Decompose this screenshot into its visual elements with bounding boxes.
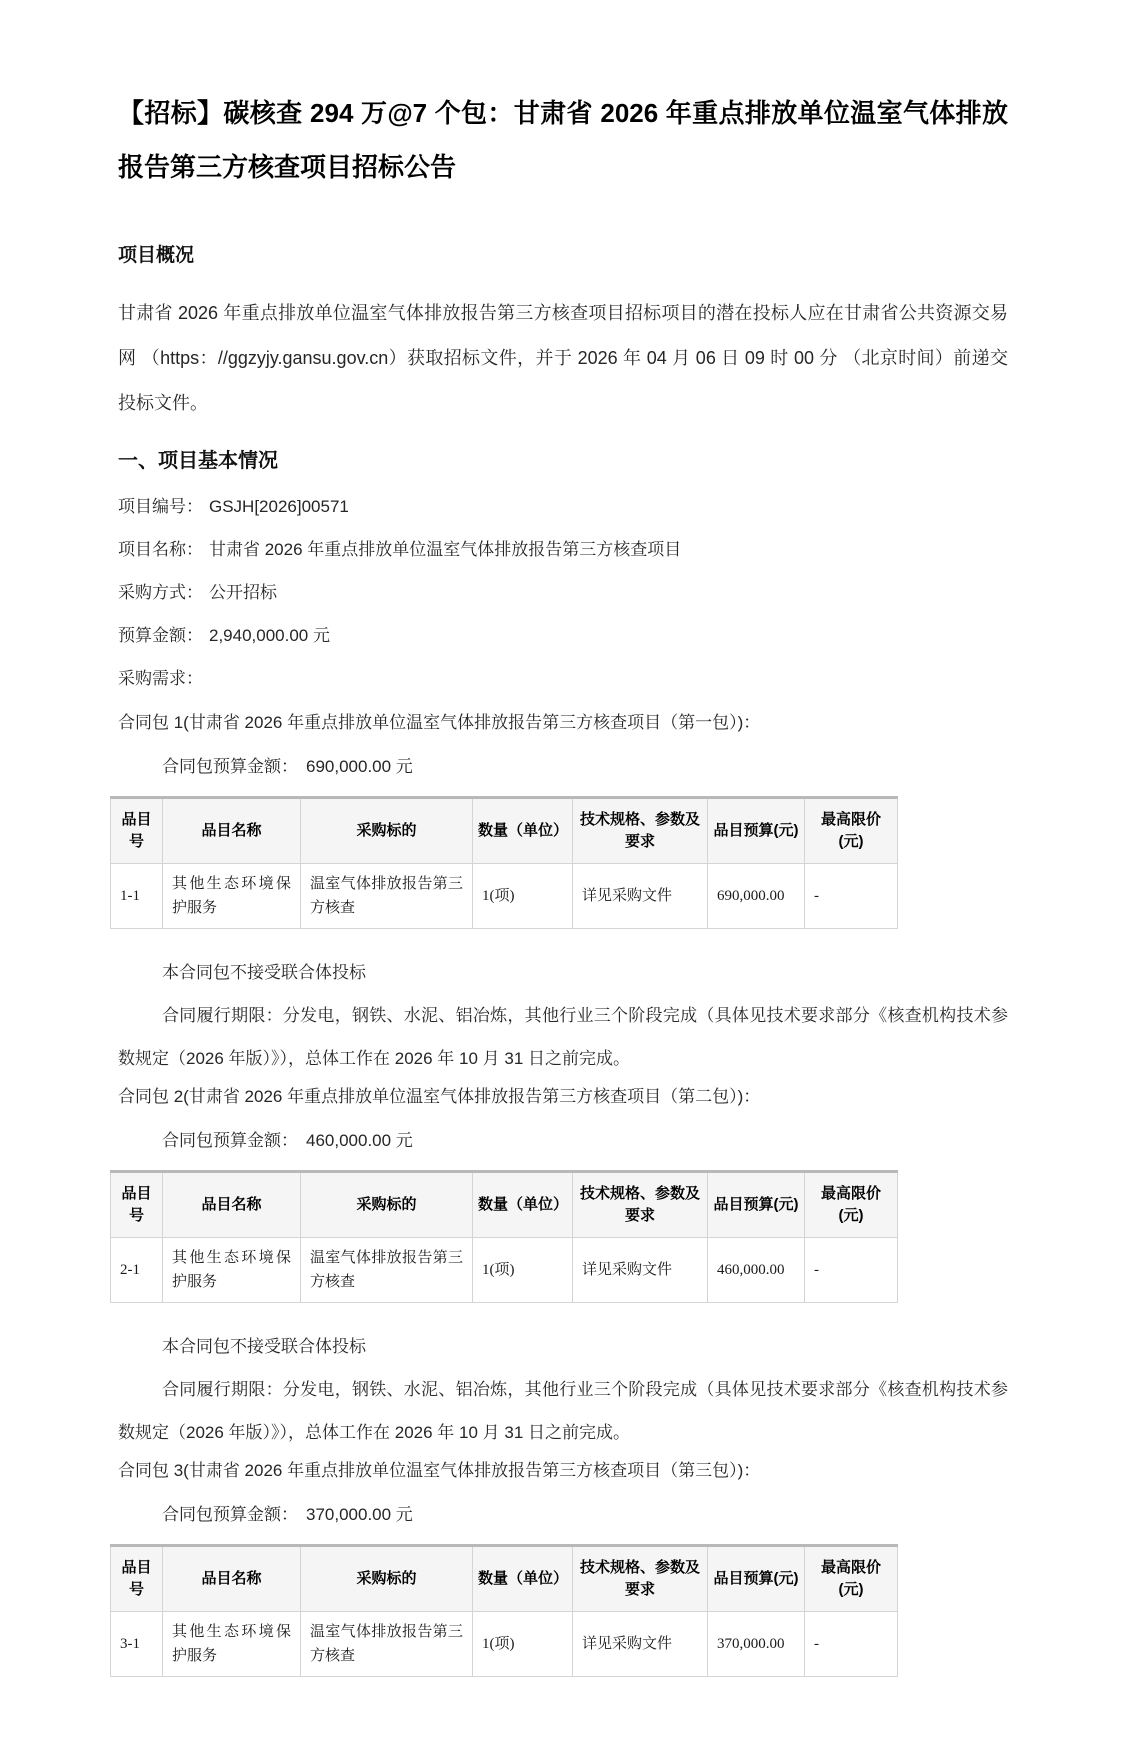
- field-project-number-value: GSJH[2026]00571: [209, 497, 349, 516]
- col-max-price: 最高限价(元): [805, 1546, 898, 1612]
- col-procurement-target: 采购标的: [301, 1546, 473, 1612]
- field-project-name-label: 项目名称：: [118, 540, 203, 559]
- cell-item-name: 其他生态环境保护服务: [163, 864, 301, 929]
- table-row: 3-1 其他生态环境保护服务 温室气体排放报告第三方核查 1(项) 详见采购文件…: [111, 1612, 898, 1677]
- cell-procurement-target: 温室气体排放报告第三方核查: [301, 1238, 473, 1303]
- col-item-budget: 品目预算(元): [708, 1546, 805, 1612]
- col-procurement-target: 采购标的: [301, 798, 473, 864]
- field-procurement-method: 采购方式：公开招标: [118, 581, 1008, 605]
- document-page: 【招标】碳核查 294 万@7 个包：甘肃省 2026 年重点排放单位温室气体排…: [0, 0, 1122, 1759]
- cell-quantity: 1(项): [473, 1238, 573, 1303]
- cell-procurement-target: 温室气体排放报告第三方核查: [301, 864, 473, 929]
- overview-heading: 项目概况: [118, 240, 1008, 267]
- package2-budget: 合同包预算金额：460,000.00 元: [118, 1128, 1008, 1154]
- table-row: 2-1 其他生态环境保护服务 温室气体排放报告第三方核查 1(项) 详见采购文件…: [111, 1238, 898, 1303]
- col-tech-spec: 技术规格、参数及要求: [573, 1172, 708, 1238]
- col-quantity: 数量（单位）: [473, 1172, 573, 1238]
- cell-tech-spec: 详见采购文件: [573, 864, 708, 929]
- col-item-name: 品目名称: [163, 798, 301, 864]
- col-item-name: 品目名称: [163, 1172, 301, 1238]
- field-budget-amount-label: 预算金额：: [118, 626, 203, 645]
- table-header-row: 品目号 品目名称 采购标的 数量（单位） 技术规格、参数及要求 品目预算(元) …: [111, 1546, 898, 1612]
- cell-item-budget: 690,000.00: [708, 864, 805, 929]
- col-quantity: 数量（单位）: [473, 798, 573, 864]
- package2-note-joint: 本合同包不接受联合体投标: [118, 1325, 1008, 1368]
- cell-quantity: 1(项): [473, 1612, 573, 1677]
- cell-item-name: 其他生态环境保护服务: [163, 1612, 301, 1677]
- page-title: 【招标】碳核查 294 万@7 个包：甘肃省 2026 年重点排放单位温室气体排…: [118, 86, 1008, 194]
- package1-budget: 合同包预算金额：690,000.00 元: [118, 754, 1008, 780]
- col-quantity: 数量（单位）: [473, 1546, 573, 1612]
- cell-item-no: 1-1: [111, 864, 163, 929]
- package1-budget-label: 合同包预算金额：: [162, 757, 298, 776]
- col-item-no: 品目号: [111, 798, 163, 864]
- cell-procurement-target: 温室气体排放报告第三方核查: [301, 1612, 473, 1677]
- cell-tech-spec: 详见采购文件: [573, 1612, 708, 1677]
- package2-note-period: 合同履行期限：分发电，钢铁、水泥、铝冶炼，其他行业三个阶段完成（具体见技术要求部…: [118, 1368, 1008, 1454]
- package1-title: 合同包 1(甘肃省 2026 年重点排放单位温室气体排放报告第三方核查项目（第一…: [118, 710, 1008, 736]
- col-item-no: 品目号: [111, 1546, 163, 1612]
- package1-note-period: 合同履行期限：分发电，钢铁、水泥、铝冶炼，其他行业三个阶段完成（具体见技术要求部…: [118, 994, 1008, 1080]
- col-max-price: 最高限价(元): [805, 798, 898, 864]
- cell-item-name: 其他生态环境保护服务: [163, 1238, 301, 1303]
- field-procurement-demand-label: 采购需求：: [118, 669, 203, 688]
- table-row: 1-1 其他生态环境保护服务 温室气体排放报告第三方核查 1(项) 详见采购文件…: [111, 864, 898, 929]
- field-procurement-method-label: 采购方式：: [118, 583, 203, 602]
- package3-items-table: 品目号 品目名称 采购标的 数量（单位） 技术规格、参数及要求 品目预算(元) …: [110, 1544, 898, 1677]
- cell-quantity: 1(项): [473, 864, 573, 929]
- col-max-price: 最高限价(元): [805, 1172, 898, 1238]
- field-procurement-method-value: 公开招标: [209, 583, 277, 602]
- col-item-no: 品目号: [111, 1172, 163, 1238]
- cell-max-price: -: [805, 1238, 898, 1303]
- package2-items-table: 品目号 品目名称 采购标的 数量（单位） 技术规格、参数及要求 品目预算(元) …: [110, 1170, 898, 1303]
- cell-item-no: 2-1: [111, 1238, 163, 1303]
- table-header-row: 品目号 品目名称 采购标的 数量（单位） 技术规格、参数及要求 品目预算(元) …: [111, 798, 898, 864]
- field-project-number-label: 项目编号：: [118, 497, 203, 516]
- field-project-name: 项目名称：甘肃省 2026 年重点排放单位温室气体排放报告第三方核查项目: [118, 538, 1008, 562]
- col-procurement-target: 采购标的: [301, 1172, 473, 1238]
- package1-items-table: 品目号 品目名称 采购标的 数量（单位） 技术规格、参数及要求 品目预算(元) …: [110, 796, 898, 929]
- package1-note-joint: 本合同包不接受联合体投标: [118, 951, 1008, 994]
- field-budget-amount: 预算金额：2,940,000.00 元: [118, 624, 1008, 648]
- cell-max-price: -: [805, 1612, 898, 1677]
- package2-title: 合同包 2(甘肃省 2026 年重点排放单位温室气体排放报告第三方核查项目（第二…: [118, 1084, 1008, 1110]
- package3-title: 合同包 3(甘肃省 2026 年重点排放单位温室气体排放报告第三方核查项目（第三…: [118, 1458, 1008, 1484]
- package2-budget-label: 合同包预算金额：: [162, 1131, 298, 1150]
- package3-budget-label: 合同包预算金额：: [162, 1505, 298, 1524]
- field-project-name-value: 甘肃省 2026 年重点排放单位温室气体排放报告第三方核查项目: [209, 540, 681, 559]
- col-tech-spec: 技术规格、参数及要求: [573, 798, 708, 864]
- cell-max-price: -: [805, 864, 898, 929]
- package3-budget-value: 370,000.00 元: [306, 1505, 413, 1524]
- field-procurement-demand: 采购需求：: [118, 667, 1008, 691]
- section1-heading: 一、项目基本情况: [118, 444, 1008, 473]
- cell-item-budget: 370,000.00: [708, 1612, 805, 1677]
- cell-item-no: 3-1: [111, 1612, 163, 1677]
- col-item-budget: 品目预算(元): [708, 798, 805, 864]
- field-budget-amount-value: 2,940,000.00 元: [209, 626, 330, 645]
- col-item-name: 品目名称: [163, 1546, 301, 1612]
- overview-body: 甘肃省 2026 年重点排放单位温室气体排放报告第三方核查项目招标项目的潜在投标…: [118, 291, 1008, 426]
- cell-tech-spec: 详见采购文件: [573, 1238, 708, 1303]
- col-item-budget: 品目预算(元): [708, 1172, 805, 1238]
- col-tech-spec: 技术规格、参数及要求: [573, 1546, 708, 1612]
- package3-budget: 合同包预算金额：370,000.00 元: [118, 1502, 1008, 1528]
- package2-budget-value: 460,000.00 元: [306, 1131, 413, 1150]
- table-header-row: 品目号 品目名称 采购标的 数量（单位） 技术规格、参数及要求 品目预算(元) …: [111, 1172, 898, 1238]
- cell-item-budget: 460,000.00: [708, 1238, 805, 1303]
- field-project-number: 项目编号：GSJH[2026]00571: [118, 495, 1008, 519]
- package1-budget-value: 690,000.00 元: [306, 757, 413, 776]
